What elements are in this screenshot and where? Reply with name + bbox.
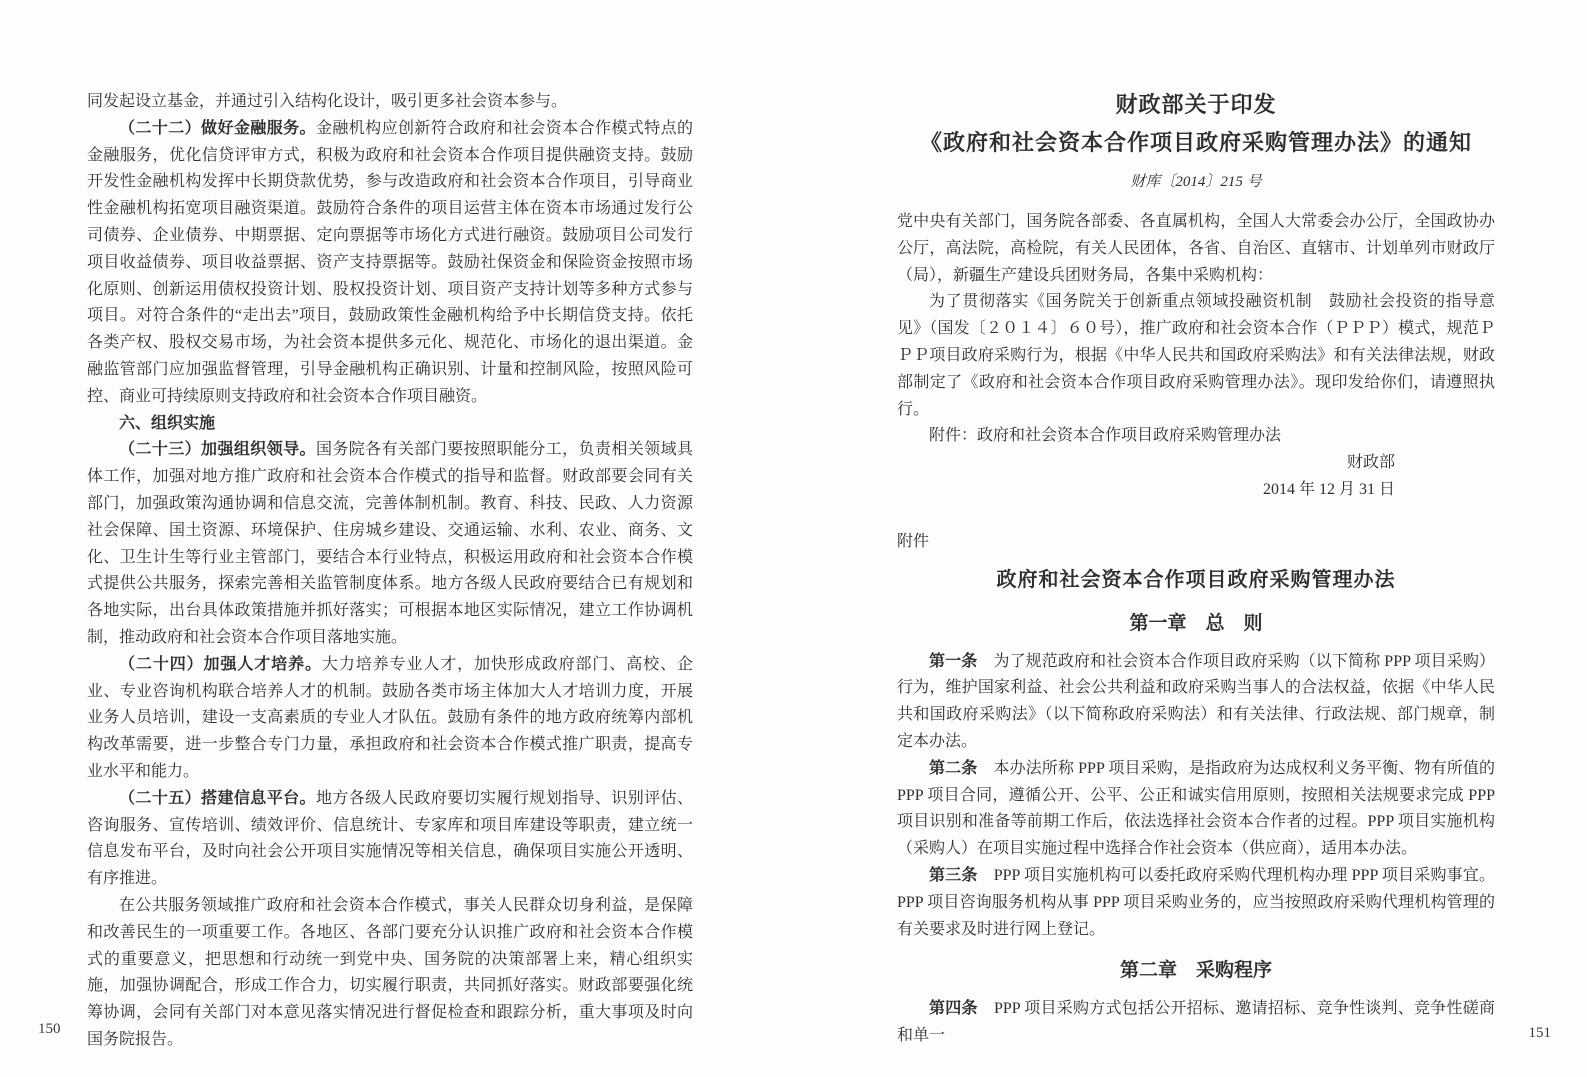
section-paragraph-25: （二十五）搭建信息平台。地方各级人民政府要切实履行规划指导、识别评估、咨询服务、… [87,786,693,893]
page-number-right: 151 [1529,1024,1552,1042]
notice-body-paragraph: 为了贯彻落实《国务院关于创新重点领域投融资机制 鼓励社会投资的指导意见》（国发〔… [897,289,1495,423]
text-run: 2014 年 12 月 31 日 [1263,481,1395,498]
bold-text-run: 第三条 [929,867,978,884]
bold-text-run: （二十二）做好金融服务。 [119,120,316,137]
notice-title-line-2: 《政府和社会资本合作项目政府采购管理办法》的通知 [897,124,1495,162]
text-run: 本办法所称 PPP 项目采购，是指政府为达成权利义务平衡、物有所值的 PPP 项… [897,760,1495,857]
bold-text-run: 第四条 [929,1000,978,1017]
text-run: 财政部关于印发 [1115,92,1276,117]
document-number: 财库〔2014〕215 号 [897,170,1495,194]
left-page: 同发起设立基金，并通过引入结构化设计，吸引更多社会资本参与。（二十二）做好金融服… [87,89,693,1054]
addressee-paragraph: 党中央有关部门，国务院各部委、各直属机构，全国人大常委会办公厅，全国政协办公厅，… [897,209,1495,289]
text-run: 附件：政府和社会资本合作项目政府采购管理办法 [929,427,1281,444]
continuation-paragraph: 同发起设立基金，并通过引入结构化设计，吸引更多社会资本参与。 [87,89,693,116]
text-run: 为了规范政府和社会资本合作项目政府采购（以下简称 PPP 项目采购）行为，维护国… [897,653,1495,750]
text-run: 附件 [897,533,929,550]
text-run: 国务院各有关部门要按照职能分工，负责相关领域具体工作，加强对地方推广政府和社会资… [87,441,693,646]
attachment-label: 附件 [897,529,1495,556]
text-run: 在公共服务领域推广政府和社会资本合作模式，事关人民群众切身利益，是保障和改善民生… [87,897,693,1048]
section-heading-6: 六、组织实施 [87,411,693,438]
text-run: 财库〔2014〕215 号 [1130,174,1261,190]
chapter-heading-1: 第一章 总 则 [897,609,1495,639]
text-run: 第一章 总 则 [1129,613,1262,634]
text-run: 为了贯彻落实《国务院关于创新重点领域投融资机制 鼓励社会投资的指导意见》（国发〔… [897,293,1495,417]
chapter-heading-2: 第二章 采购程序 [897,956,1495,986]
text-run: 第二章 采购程序 [1120,960,1272,981]
closing-paragraph: 在公共服务领域推广政府和社会资本合作模式，事关人民群众切身利益，是保障和改善民生… [87,893,693,1054]
book-spread: 同发起设立基金，并通过引入结构化设计，吸引更多社会资本参与。（二十二）做好金融服… [0,0,1587,1077]
signature-org: 财政部 [897,450,1495,477]
page-number-left: 150 [38,1020,61,1038]
measures-title: 政府和社会资本合作项目政府采购管理办法 [897,564,1495,596]
text-run: PPP 项目采购方式包括公开招标、邀请招标、竞争性谈判、竞争性磋商和单一 [897,1000,1495,1044]
bold-text-run: （二十三）加强组织领导。 [119,441,316,458]
bold-text-run: 第二条 [929,760,977,777]
article-2: 第二条 本办法所称 PPP 项目采购，是指政府为达成权利义务平衡、物有所值的 P… [897,756,1495,863]
right-page: 财政部关于印发《政府和社会资本合作项目政府采购管理办法》的通知财库〔2014〕2… [897,86,1495,1050]
bold-text-run: （二十四）加强人才培养。 [119,656,322,673]
text-run: 党中央有关部门，国务院各部委、各直属机构，全国人大常委会办公厅，全国政协办公厅，… [897,213,1495,284]
bold-text-run: 第一条 [929,653,977,670]
section-paragraph-22: （二十二）做好金融服务。金融机构应创新符合政府和社会资本合作模式特点的金融服务，… [87,116,693,411]
text-run: 政府和社会资本合作项目政府采购管理办法 [997,569,1396,591]
notice-title-line-1: 财政部关于印发 [897,86,1495,124]
text-run: 《政府和社会资本合作项目政府采购管理办法》的通知 [920,130,1472,155]
text-run: 财政部 [1347,454,1395,471]
article-1: 第一条 为了规范政府和社会资本合作项目政府采购（以下简称 PPP 项目采购）行为… [897,649,1495,756]
article-4: 第四条 PPP 项目采购方式包括公开招标、邀请招标、竞争性谈判、竞争性磋商和单一 [897,996,1495,1050]
article-3: 第三条 PPP 项目实施机构可以委托政府采购代理机构办理 PPP 项目采购事宜。… [897,863,1495,943]
attachment-note: 附件：政府和社会资本合作项目政府采购管理办法 [897,423,1495,450]
text-run: 金融机构应创新符合政府和社会资本合作模式特点的金融服务，优化信贷评审方式，积极为… [87,120,693,405]
signature-date: 2014 年 12 月 31 日 [897,477,1495,504]
section-paragraph-24: （二十四）加强人才培养。大力培养专业人才，加快形成政府部门、高校、企业、专业咨询… [87,652,693,786]
bold-text-run: 六、组织实施 [119,415,215,432]
text-run: 同发起设立基金，并通过引入结构化设计，吸引更多社会资本参与。 [87,93,567,110]
section-paragraph-23: （二十三）加强组织领导。国务院各有关部门要按照职能分工，负责相关领域具体工作，加… [87,437,693,651]
bold-text-run: （二十五）搭建信息平台。 [119,790,316,807]
text-run: 大力培养专业人才，加快形成政府部门、高校、企业、专业咨询机构联合培养人才的机制。… [87,656,693,780]
text-run: PPP 项目实施机构可以委托政府采购代理机构办理 PPP 项目采购事宜。PPP … [897,867,1495,938]
